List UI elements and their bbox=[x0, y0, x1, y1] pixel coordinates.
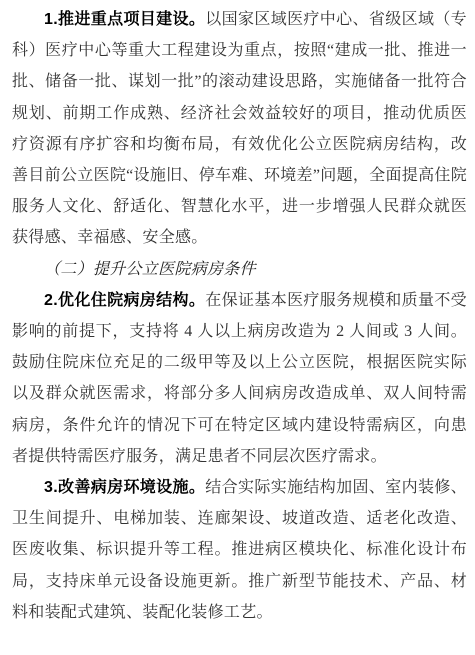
paragraph-key-projects-body: 以国家区域医疗中心、省级区域（专科）医疗中心等重大工程建设为重点，按照“建成一批… bbox=[12, 11, 467, 246]
paragraph-ward-structure: 2.优化住院病房结构。在保证基本医疗服务规模和质量不受影响的前提下，支持将 4 … bbox=[12, 285, 467, 472]
paragraph-key-projects-heading: 1.推进重点项目建设。 bbox=[44, 11, 205, 28]
paragraph-ward-environment: 3.改善病房环境设施。结合实际实施结构加固、室内装修、卫生间提升、电梯加装、连廊… bbox=[12, 472, 467, 628]
paragraph-ward-structure-body: 在保证基本医疗服务规模和质量不受影响的前提下，支持将 4 人以上病房改造为 2 … bbox=[12, 292, 467, 465]
paragraph-ward-environment-heading: 3.改善病房环境设施。 bbox=[44, 479, 205, 496]
paragraph-ward-environment-body: 结合实际实施结构加固、室内装修、卫生间提升、电梯加装、连廊架设、坡道改造、适老化… bbox=[12, 479, 467, 621]
section-heading-ward-conditions-text: （二）提升公立医院病房条件 bbox=[44, 261, 256, 278]
paragraph-ward-structure-heading: 2.优化住院病房结构。 bbox=[44, 292, 205, 309]
document-page: 1.推进重点项目建设。以国家区域医疗中心、省级区域（专科）医疗中心等重大工程建设… bbox=[0, 0, 475, 655]
section-heading-ward-conditions: （二）提升公立医院病房条件 bbox=[12, 254, 467, 285]
paragraph-key-projects: 1.推进重点项目建设。以国家区域医疗中心、省级区域（专科）医疗中心等重大工程建设… bbox=[12, 4, 467, 254]
